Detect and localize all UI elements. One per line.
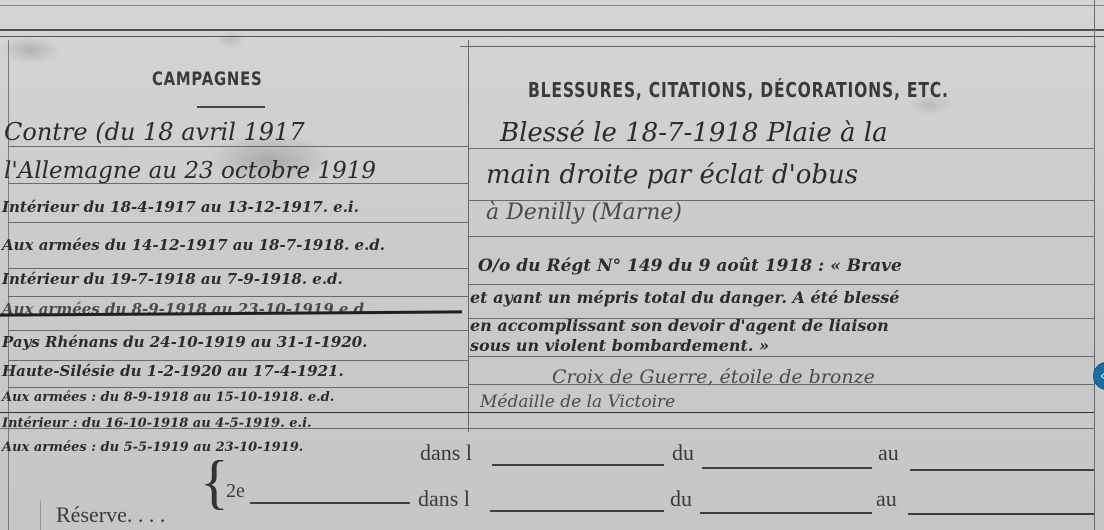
brace: { xyxy=(200,452,229,512)
dans-label-1: dans l xyxy=(420,440,472,466)
reserve-label: Réserve. . . . xyxy=(56,502,165,528)
chevron-left-icon: ‹ xyxy=(1100,369,1104,384)
campaign-entry: Pays Rhénans du 24-10-1919 au 31-1-1920. xyxy=(2,333,367,351)
du-label-1: du xyxy=(672,440,694,466)
ruled-line xyxy=(468,284,1094,285)
blank-line xyxy=(910,469,1094,471)
citation-entry: O/o du Régt N° 149 du 9 août 1918 : « Br… xyxy=(478,256,902,276)
right-border xyxy=(1094,0,1095,530)
ruled-line xyxy=(8,387,468,388)
ruled-line xyxy=(8,268,468,269)
campaigns-heading: CAMPAGNES xyxy=(152,68,262,90)
blank-line xyxy=(908,513,1094,515)
du-label-2: du xyxy=(670,486,692,512)
campaign-entry: Aux armées du 14-12-1917 au 18-7-1918. e… xyxy=(2,236,385,254)
blank-line xyxy=(490,510,664,512)
document-scan: CAMPAGNES BLESSURES, CITATIONS, DÉCORATI… xyxy=(0,0,1104,530)
blank-line xyxy=(700,512,872,514)
rule-top xyxy=(0,5,1104,6)
ruled-line xyxy=(8,146,468,147)
wound-entry: Blessé le 18-7-1918 Plaie à la xyxy=(500,118,888,148)
heading-underline xyxy=(197,106,265,108)
rule-header-2 xyxy=(0,36,1104,37)
ordinal-2e: 2e xyxy=(226,480,245,503)
ruled-line xyxy=(8,296,468,297)
au-label-1: au xyxy=(878,440,899,466)
ruled-line xyxy=(8,360,468,361)
ruled-line xyxy=(468,356,1094,357)
campaign-entry: Aux armées : du 5-5-1919 au 23-10-1919. xyxy=(2,440,303,455)
ruled-line xyxy=(0,412,1094,413)
campaign-entry: Intérieur du 18-4-1917 au 13-12-1917. e.… xyxy=(2,198,359,216)
campaign-entry: Intérieur : du 16-10-1918 au 4-5-1919. e… xyxy=(2,416,312,431)
decoration-entry: Médaille de la Victoire xyxy=(480,392,675,412)
citation-entry: et ayant un mépris total du danger. A ét… xyxy=(470,288,899,307)
ruled-line xyxy=(8,222,468,223)
ruled-line xyxy=(468,236,1094,237)
dans-label-2: dans l xyxy=(418,486,470,512)
decoration-entry: Croix de Guerre, étoile de bronze xyxy=(552,366,875,388)
campaign-entry: Haute-Silésie du 1-2-1920 au 17-4-1921. xyxy=(2,362,344,380)
wounds-heading: BLESSURES, CITATIONS, DÉCORATIONS, ETC. xyxy=(528,78,949,102)
campaign-entry: Aux armées : du 8-9-1918 au 15-10-1918. … xyxy=(2,390,334,405)
citation-entry: sous un violent bombardement. » xyxy=(470,336,769,355)
au-label-2: au xyxy=(876,486,897,512)
rule-header-1 xyxy=(0,29,1104,31)
ruled-line xyxy=(468,148,1094,149)
campaign-entry: l'Allemagne au 23 octobre 1919 xyxy=(4,158,376,184)
blank-line xyxy=(492,464,664,466)
rule-header-3 xyxy=(460,46,1096,47)
wound-entry: main droite par éclat d'obus xyxy=(486,160,858,190)
campaign-entry: Intérieur du 19-7-1918 au 7-9-1918. e.d. xyxy=(2,270,343,288)
margin-mark xyxy=(40,500,41,530)
campaign-entry: Contre (du 18 avril 1917 xyxy=(4,118,305,146)
blank-line xyxy=(250,502,410,504)
ruled-line xyxy=(8,330,468,331)
blank-line xyxy=(702,467,872,469)
wound-entry: à Denilly (Marne) xyxy=(486,200,682,225)
citation-entry: en accomplissant son devoir d'agent de l… xyxy=(470,316,889,335)
